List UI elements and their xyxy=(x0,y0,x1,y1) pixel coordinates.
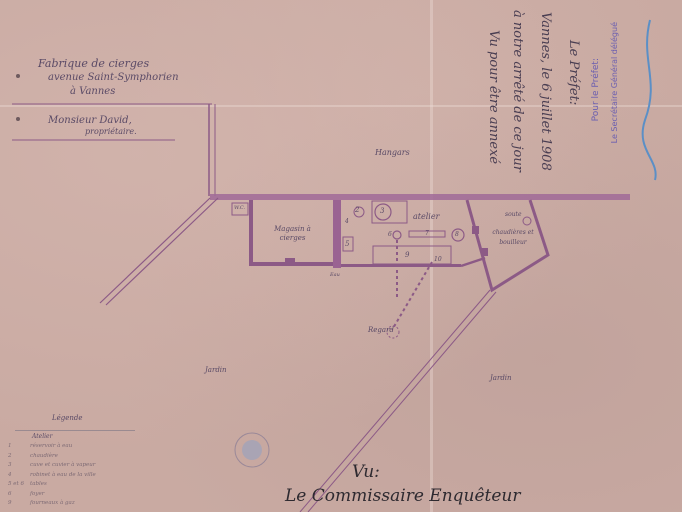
seal-stamp xyxy=(235,433,269,467)
label-wc: W.C. xyxy=(234,205,245,211)
title-line-3: à Vannes xyxy=(70,86,115,97)
label-eau: Eau xyxy=(330,272,340,278)
plan-number-3: 3 xyxy=(380,207,384,215)
label-soute: soute xyxy=(505,211,522,218)
plan-number-10: 10 xyxy=(434,256,442,263)
legend-item: 3cuve et cuvier à vapeur xyxy=(8,461,96,471)
prefet-stamp-line-2: Le Secrétaire Général délégué xyxy=(610,22,619,143)
legend-item: 5 et 6tables xyxy=(8,480,96,490)
legend-item: 9fourneaux à gaz xyxy=(8,499,96,509)
approval-line-4: Le Préfet: xyxy=(566,40,581,105)
label-atelier: atelier xyxy=(413,212,439,221)
owner-role: propriétaire. xyxy=(85,127,137,136)
plan-number-5: 5 xyxy=(345,240,349,248)
label-jardin-left: Jardin xyxy=(205,366,227,374)
owner-name: Monsieur David, xyxy=(48,115,132,126)
label-hangars: Hangars xyxy=(375,148,410,157)
legend-subtitle: Atelier xyxy=(32,433,52,440)
footer-vu: Vu: xyxy=(352,462,380,482)
plan-number-4: 4 xyxy=(345,218,349,225)
legend-list: 1réservoir à eau 2chaudière 3cuve et cuv… xyxy=(8,442,96,509)
plan-number-7: 7 xyxy=(425,230,429,237)
approval-line-3: Vannes, le 6 juillet 1908 xyxy=(538,12,553,171)
label-magasin: Magasin à cierges xyxy=(270,225,315,243)
label-jardin-right: Jardin xyxy=(490,374,512,382)
label-chaudieres: chaudières et bouilleur xyxy=(488,228,538,248)
plan-number-2: 2 xyxy=(355,206,359,214)
legend-item: 6foyer xyxy=(8,490,96,500)
plan-number-9: 9 xyxy=(405,251,409,259)
legend-divider xyxy=(15,430,135,431)
legend-title: Légende xyxy=(52,414,83,422)
legend-item: 2chaudière xyxy=(8,452,96,462)
title-line-2: avenue Saint-Symphorien xyxy=(48,72,179,83)
prefet-signature xyxy=(640,15,670,180)
title-line-1: Fabrique de cierges xyxy=(38,57,149,70)
plan-number-8: 8 xyxy=(455,231,459,238)
approval-line-2: à notre arrêté de ce jour xyxy=(510,10,525,172)
prefet-stamp-line-1: Pour le Préfet: xyxy=(591,58,601,121)
approval-line-1: Vu pour être annexé xyxy=(486,30,501,164)
commissioner-signature: Le Commissaire Enquêteur xyxy=(285,486,521,506)
plan-number-6: 6 xyxy=(388,231,392,238)
legend-item: 4robinet à eau de la ville xyxy=(8,471,96,481)
label-regard: Regard xyxy=(368,326,394,334)
legend-item: 1réservoir à eau xyxy=(8,442,96,452)
